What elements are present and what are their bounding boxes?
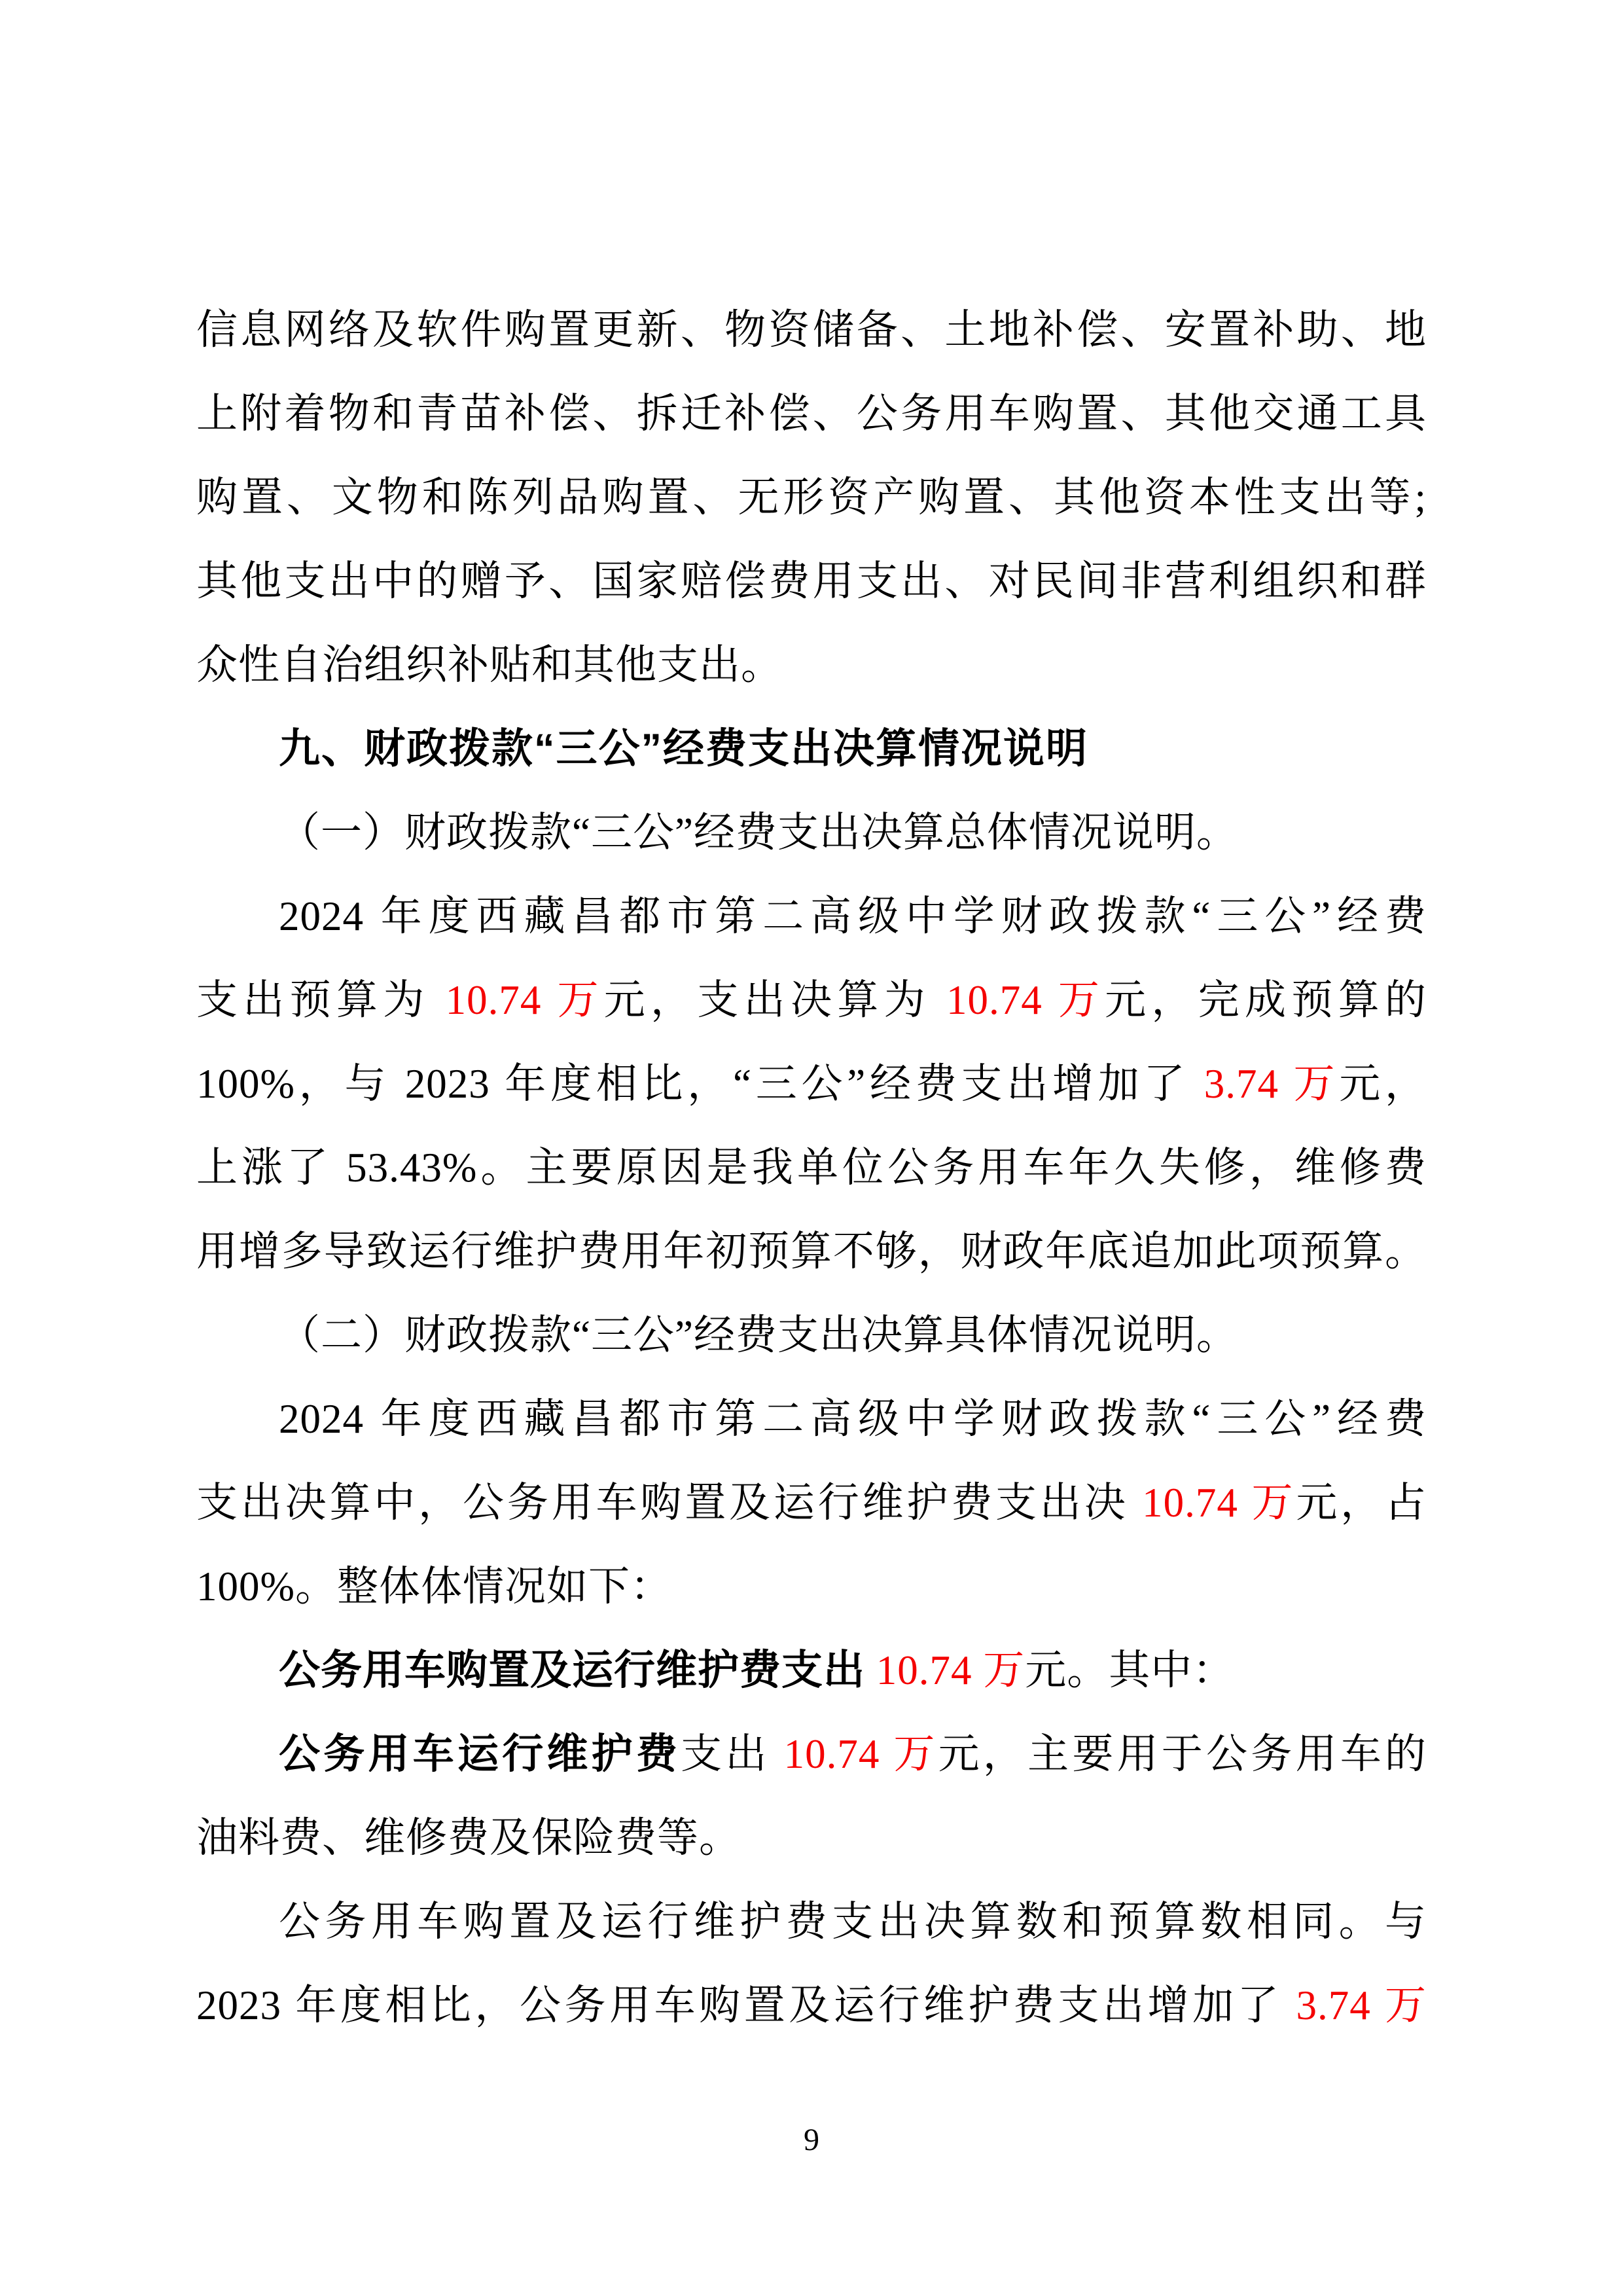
text-segment: 2024 年度西藏昌都市第二高级中学财政拨款“三公”经费 [279, 1396, 1427, 1442]
text-segment: 2023 年度相比，公务用车购置及运行维护费支出增加了 [196, 1982, 1296, 2028]
text-segment: 100%，与 2023 年度相比，“三公”经费支出增加了 [196, 1061, 1204, 1107]
text-segment: 元，完成预算的 [1105, 977, 1427, 1023]
body-line: 2024 年度西藏昌都市第二高级中学财政拨款“三公”经费 [196, 874, 1427, 958]
text-segment: 2024 年度西藏昌都市第二高级中学财政拨款“三公”经费 [279, 893, 1427, 939]
text-segment: （一）财政拨款“三公”经费支出决算总体情况说明。 [279, 810, 1238, 855]
highlight-red-text: 10.74 万 [946, 977, 1105, 1023]
body-line: 上附着物和青苗补偿、拆迁补偿、公务用车购置、其他交通工具 [196, 372, 1427, 456]
body-line: 公务用车购置及运行维护费支出决算数和预算数相同。与 [196, 1880, 1427, 1964]
body-line: 支出决算中，公务用车购置及运行维护费支出决 10.74 万元，占 [196, 1461, 1427, 1545]
text-segment: 公务用车购置及运行维护费支出决算数和预算数相同。与 [279, 1899, 1427, 1945]
text-segment: 支出 [681, 1731, 783, 1777]
text-segment: 购置、文物和陈列品购置、无形资产购置、其他资本性支出等; [196, 475, 1427, 520]
highlight-red-text: 10.74 万 [876, 1647, 1026, 1693]
section-heading: 九、财政拨款“三公”经费支出决算情况说明 [196, 707, 1427, 791]
text-segment: 元，支出决算为 [604, 977, 946, 1023]
highlight-red-text: 3.74 万 [1296, 1982, 1427, 2028]
highlight-red-text: 3.74 万 [1204, 1061, 1340, 1107]
body-line: 2024 年度西藏昌都市第二高级中学财政拨款“三公”经费 [196, 1377, 1427, 1461]
body-line: 2023 年度相比，公务用车购置及运行维护费支出增加了 3.74 万 [196, 1964, 1427, 2047]
text-segment: 油料费、维修费及保险费等。 [196, 1815, 741, 1861]
page-number: 9 [0, 2121, 1623, 2160]
body-line: 公务用车运行维护费支出 10.74 万元，主要用于公务用车的 [196, 1712, 1427, 1796]
subsection-heading: （二）财政拨款“三公”经费支出决算具体情况说明。 [196, 1293, 1427, 1377]
body-line: 支出预算为 10.74 万元，支出决算为 10.74 万元，完成预算的 [196, 958, 1427, 1042]
text-segment: 支出预算为 [196, 977, 446, 1023]
text-segment: 上附着物和青苗补偿、拆迁补偿、公务用车购置、其他交通工具 [196, 391, 1427, 437]
body-line: 油料费、维修费及保险费等。 [196, 1796, 1427, 1880]
body-line: 100%。整体体情况如下： [196, 1545, 1427, 1628]
text-segment: 上涨了 53.43%。主要原因是我单位公务用车年久失修，维修费 [196, 1145, 1427, 1191]
body-line: 100%，与 2023 年度相比，“三公”经费支出增加了 3.74 万元， [196, 1042, 1427, 1126]
text-segment: （二）财政拨款“三公”经费支出决算具体情况说明。 [279, 1312, 1238, 1358]
text-segment: 100%。整体体情况如下： [196, 1564, 672, 1609]
subsection-heading: （一）财政拨款“三公”经费支出决算总体情况说明。 [196, 791, 1427, 874]
text-segment: 支出决算中，公务用车购置及运行维护费支出决 [196, 1480, 1142, 1526]
body-line: 上涨了 53.43%。主要原因是我单位公务用车年久失修，维修费 [196, 1126, 1427, 1210]
text-segment: 元，主要用于公务用车的 [938, 1731, 1427, 1777]
text-segment: 元，占 [1296, 1480, 1427, 1526]
bold-text: 公务用车购置及运行维护费支出 [279, 1647, 865, 1693]
bold-text: 公务用车运行维护费 [279, 1731, 681, 1777]
text-segment [865, 1647, 876, 1693]
body-line: 公务用车购置及运行维护费支出 10.74 万元。其中： [196, 1628, 1427, 1712]
text-segment: 元。其中： [1025, 1647, 1234, 1693]
document-body: 信息网络及软件购置更新、物资储备、土地补偿、安置补助、地上附着物和青苗补偿、拆迁… [196, 288, 1427, 2047]
body-line: 其他支出中的赠予、国家赔偿费用支出、对民间非营利组织和群 [196, 539, 1427, 623]
bold-text: 九、财政拨款“三公”经费支出决算情况说明 [279, 726, 1088, 772]
text-segment: 信息网络及软件购置更新、物资储备、土地补偿、安置补助、地 [196, 307, 1427, 353]
body-line: 信息网络及软件购置更新、物资储备、土地补偿、安置补助、地 [196, 288, 1427, 372]
body-line: 购置、文物和陈列品购置、无形资产购置、其他资本性支出等; [196, 456, 1427, 539]
document-page: 信息网络及软件购置更新、物资储备、土地补偿、安置补助、地上附着物和青苗补偿、拆迁… [0, 0, 1623, 2296]
highlight-red-text: 10.74 万 [446, 977, 604, 1023]
highlight-red-text: 10.74 万 [784, 1731, 938, 1777]
body-line: 众性自治组织补贴和其他支出。 [196, 623, 1427, 707]
text-segment: 众性自治组织补贴和其他支出。 [196, 642, 783, 688]
highlight-red-text: 10.74 万 [1142, 1480, 1296, 1526]
text-segment: 用增多导致运行维护费用年初预算不够，财政年底追加此项预算。 [196, 1229, 1427, 1274]
body-line: 用增多导致运行维护费用年初预算不够，财政年底追加此项预算。 [196, 1210, 1427, 1293]
text-segment: 元， [1339, 1061, 1427, 1107]
text-segment: 其他支出中的赠予、国家赔偿费用支出、对民间非营利组织和群 [196, 558, 1427, 604]
